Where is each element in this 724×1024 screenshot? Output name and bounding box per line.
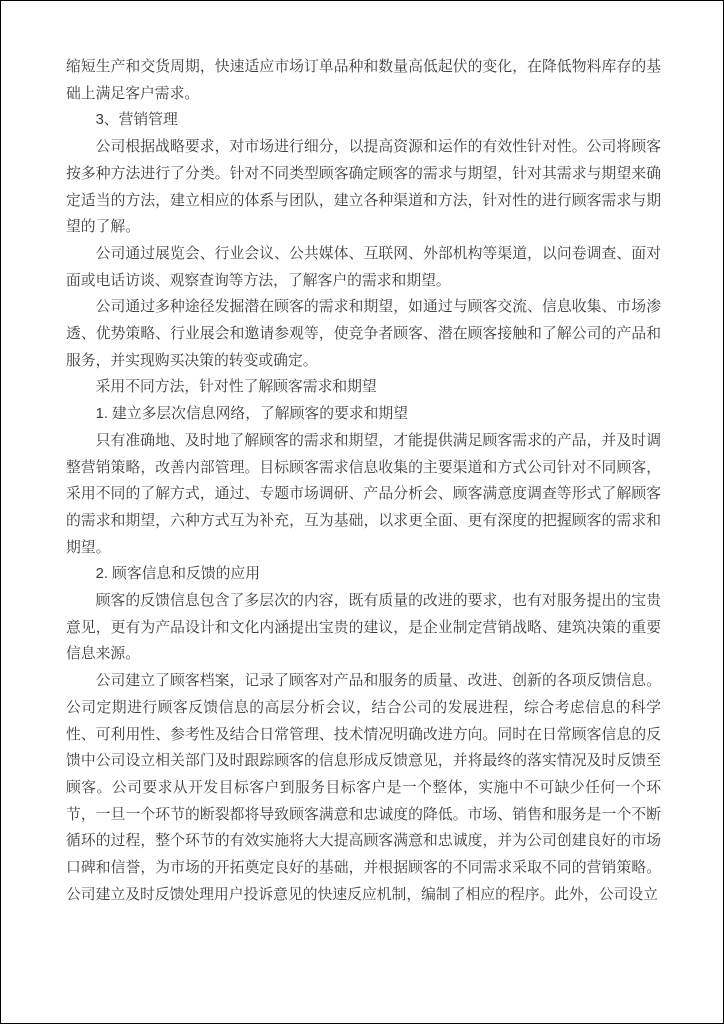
paragraph-continuation: 缩短生产和交货周期，快速适应市场订单品种和数量高低起伏的变化，在降低物料库存的基… [66, 54, 661, 107]
document-content: 缩短生产和交货周期，快速适应市场订单品种和数量高低起伏的变化，在降低物料库存的基… [66, 54, 661, 909]
paragraph-potential-customers: 公司通过多种途径发掘潜在顾客的需求和期望，如通过与顾客交流、信息收集、市场渗透、… [66, 294, 661, 374]
subheading-2-feedback-application: 2. 顾客信息和反馈的应用 [66, 561, 661, 588]
paragraph-channels-survey: 公司通过展览会、行业会议、公共媒体、互联网、外部机构等渠道，以问卷调查、面对面或… [66, 241, 661, 294]
subheading-different-methods: 采用不同方法，针对性了解顾客需求和期望 [66, 374, 661, 401]
heading-marketing-management: 3、营销管理 [66, 107, 661, 134]
paragraph-customer-archive: 公司建立了顾客档案，记录了顾客对产品和服务的质量、改进、创新的各项反馈信息。公司… [66, 668, 661, 908]
paragraph-feedback-content: 顾客的反馈信息包含了多层次的内容，既有质量的改进的要求，也有对服务提出的宝贵意见… [66, 588, 661, 668]
subheading-1-information-network: 1. 建立多层次信息网络，了解顾客的要求和期望 [66, 401, 661, 428]
document-page: 缩短生产和交货周期，快速适应市场订单品种和数量高低起伏的变化，在降低物料库存的基… [0, 0, 724, 1024]
paragraph-understanding-needs: 只有准确地、及时地了解顾客的需求和期望，才能提供满足顾客需求的产品，并及时调整营… [66, 428, 661, 562]
paragraph-market-segmentation: 公司根据战略要求，对市场进行细分，以提高资源和运作的有效性针对性。公司将顾客按多… [66, 134, 661, 241]
